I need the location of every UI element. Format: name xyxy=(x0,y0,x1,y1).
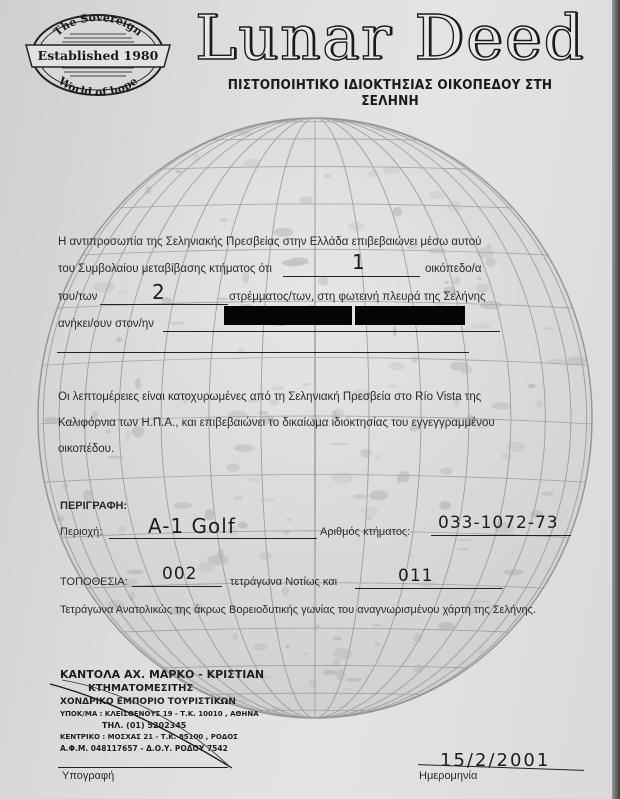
lot-number-line xyxy=(431,535,571,536)
east-squares-value: 011 xyxy=(398,566,433,586)
east-squares-line xyxy=(355,588,503,589)
acres-count-value: 2 xyxy=(152,280,166,304)
para1-line4-prefix: ανήκει/ουν στον/ην xyxy=(58,318,154,330)
stamp-phone: ΤΗΛ. (01) 5202345 xyxy=(60,721,250,730)
para1-line2-suffix: οικόπεδο/α xyxy=(425,263,482,275)
para2-line3: οικοπέδου. xyxy=(58,443,114,455)
plots-count-line xyxy=(283,276,420,277)
stamp-branch: ΥΠΟΚ/ΜΑ : ΚΛΕΙΣΘΕΝΟΥΣ 19 - Τ.Κ. 10010 , … xyxy=(60,710,250,718)
para1-line3-prefix: του/των xyxy=(58,291,97,303)
south-squares-label: τετράγωνα Νοτίως και xyxy=(230,576,337,588)
redacted-owner-name-part1 xyxy=(224,306,352,325)
owner-extra-line xyxy=(57,352,469,353)
area-line xyxy=(109,538,317,539)
para2-line1: Οι λεπτομέρειες είναι κατοχυρωμένες από … xyxy=(58,391,481,403)
para2-line2: Καλιφόρνια των Η.Π.Α., και επιβεβαιώνει … xyxy=(58,417,495,429)
stamp-role: ΚΤΗΜΑΤΟΜΕΣΙΤΗΣ xyxy=(60,683,250,694)
redacted-owner-name-part2 xyxy=(355,306,465,325)
signature-label: Υπογραφή xyxy=(62,770,114,782)
para1-line3-suffix: στρέμματος/των, στη φωτεινή πλευρά της Σ… xyxy=(229,291,486,303)
area-value: A-1 Golf xyxy=(148,514,236,538)
location-line2: Τετράγωνα Ανατολικώς της άκρως Βορειοδυτ… xyxy=(60,604,536,616)
south-squares-value: 002 xyxy=(162,564,197,584)
broker-stamp: ΚΑΝΤΟΛΑ ΑΧ. ΜΑΡΚΟ - ΚΡΙΣΤΙΑΝ ΚΤΗΜΑΤΟΜΕΣΙ… xyxy=(60,668,250,753)
stamp-name: ΚΑΝΤΟΛΑ ΑΧ. ΜΑΡΚΟ - ΚΡΙΣΤΙΑΝ xyxy=(60,668,250,681)
para1-line2-prefix: του Συμβολαίου μεταβίβασης κτήματος ότι xyxy=(58,263,272,275)
deed-subtitle: ΠΙΣΤΟΠΟΙΗΤΙΚΟ ΙΔΙΟΚΤΗΣΙΑΣ ΟΙΚΟΠΕΔΟΥ ΣΤΗ … xyxy=(201,77,579,109)
acres-count-line xyxy=(100,304,228,305)
lot-number-label: Αριθμός κτήματος: xyxy=(320,526,410,538)
stamp-tax-id: Α.Φ.Μ. 048117657 - Δ.Ο.Υ. ΡΟΔΟΥ 7542 xyxy=(60,744,250,753)
description-heading: ΠΕΡΙΓΡΑΦΗ: xyxy=(60,500,127,512)
stamp-head-office: ΚΕΝΤΡΙΚΟ : ΜΟΣΧΑΣ 21 - Τ.Κ. 85100 , ΡΟΔΟ… xyxy=(60,733,250,741)
para1-line1: Η αντιπροσωπία της Σεληνιακής Πρεσβείας … xyxy=(58,236,481,248)
location-label: ΤΟΠΟΘΕΣΙΑ: xyxy=(60,576,128,588)
svg-text:Established 1980: Established 1980 xyxy=(38,48,159,63)
south-squares-line xyxy=(132,586,222,587)
stamp-business: ΧΟΝΔΡΙΚΟ ΕΜΠΟΡΙΟ ΤΟΥΡΙΣΤΙΚΩΝ xyxy=(60,697,250,707)
lot-number-value: 033-1072-73 xyxy=(438,513,559,533)
date-label: Ημερομηνία xyxy=(419,770,477,782)
sovereign-seal-logo: The Sovereign Established 1980 World of … xyxy=(22,12,174,98)
deed-title: Lunar Deed xyxy=(180,2,600,74)
owner-name-line xyxy=(163,331,500,332)
scan-edge xyxy=(612,0,620,799)
plots-count-value: 1 xyxy=(352,250,366,274)
area-label: Περιοχή: xyxy=(60,526,102,538)
signature-line xyxy=(58,767,228,768)
